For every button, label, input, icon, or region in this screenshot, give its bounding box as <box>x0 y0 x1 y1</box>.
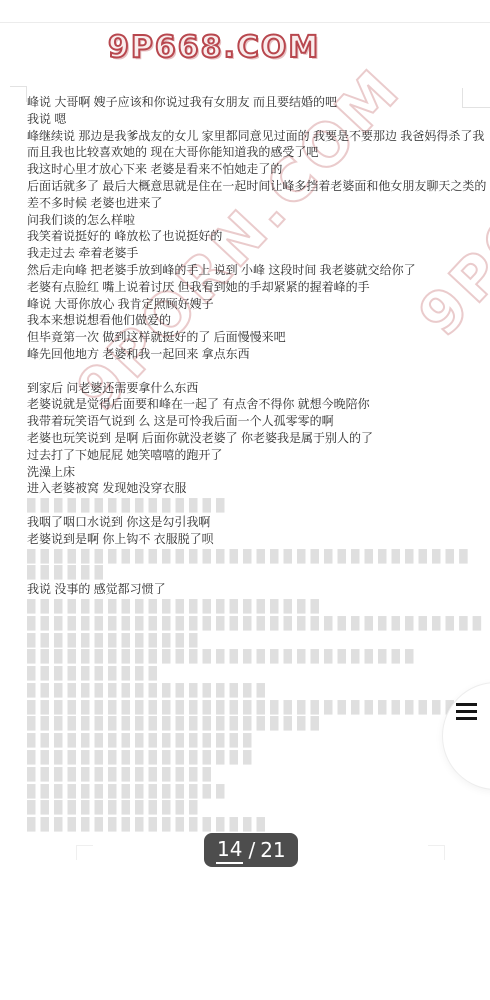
redacted-text-line: ██████████████████████████████████ <box>27 615 489 632</box>
redacted-text-line: ███████████████ <box>27 783 489 800</box>
text-line: 而且我也比较喜欢她的 现在大哥你能知道我的感受了吧 <box>27 144 489 161</box>
text-line: 我带着玩笑语气说到 么 这是可怜我后面一个人孤零零的啊 <box>27 413 489 430</box>
text-line: 过去打了下她屁屁 她笑嘻嘻的跑开了 <box>27 447 489 464</box>
redacted-text-line: ██████████████ <box>27 766 489 783</box>
redacted-text-line: ██████████ <box>27 665 489 682</box>
novel-text-body: 峰说 大哥啊 嫂子应该和你说过我有女朋友 而且要结婚的吧我说 嗯峰继续说 那边是… <box>27 94 489 833</box>
text-line: 进入老婆被窝 发现她没穿衣服 <box>27 480 489 497</box>
redacted-text-line: ██████████████████ <box>27 816 489 833</box>
current-page-number: 14 <box>216 837 243 864</box>
text-line: 到家后 问老婆还需要拿什么东西 <box>27 380 489 397</box>
redacted-text-line: ███████████████ <box>27 497 489 514</box>
site-logo[interactable]: 9P668.COM <box>108 30 320 65</box>
frame-corner-top-left <box>10 86 27 102</box>
text-line: 我笑着说挺好的 峰放松了也说挺好的 <box>27 228 489 245</box>
redacted-text-line: ██████ <box>27 564 489 581</box>
text-line: 峰说 大哥你放心 我肯定照顾好嫂子 <box>27 296 489 313</box>
text-line: 问我们谈的怎么样啦 <box>27 212 489 229</box>
hamburger-menu-icon <box>456 703 477 724</box>
blank-line <box>27 363 489 380</box>
text-line: 我咽了咽口水说到 你这是勾引我啊 <box>27 514 489 531</box>
frame-corner-bottom-right <box>428 845 445 860</box>
top-divider <box>0 22 490 23</box>
text-line: 峰先回他地方 老婆和我一起回来 拿点东西 <box>27 346 489 363</box>
text-line: 我走过去 牵着老婆手 <box>27 245 489 262</box>
text-line: 洗澡上床 <box>27 464 489 481</box>
text-line: 峰说 大哥啊 嫂子应该和你说过我有女朋友 而且要结婚的吧 <box>27 94 489 111</box>
page-indicator[interactable]: 14 / 21 <box>204 833 298 867</box>
redacted-text-line: ██████████████████████ <box>27 715 489 732</box>
redacted-text-line: ██████████████████████████████████ <box>27 699 489 716</box>
redacted-text-line: ██████████████████████ <box>27 598 489 615</box>
text-line: 差不多时候 老婆也进来了 <box>27 195 489 212</box>
frame-corner-bottom-left <box>76 845 93 860</box>
text-line: 后面话就多了 最后大概意思就是住在一起时间让峰多挡着老婆面和他女朋友聊天之类的 <box>27 178 489 195</box>
redacted-text-line: █████████████████ <box>27 732 489 749</box>
redacted-text-line: █████████████████████████████ <box>27 648 489 665</box>
total-page-number: 21 <box>260 838 285 862</box>
redacted-text-line: █████████████ <box>27 632 489 649</box>
page-separator: / <box>248 838 255 862</box>
text-line: 但毕竟第一次 做到这样就挺好的了 后面慢慢来吧 <box>27 329 489 346</box>
text-line: 我这时心里才放心下来 老婆是看来不怕她走了的 <box>27 161 489 178</box>
text-line: 老婆说到是啊 你上钩不 衣服脱了呗 <box>27 531 489 548</box>
text-line: 老婆有点脸红 嘴上说着讨厌 但我看到她的手却紧紧的握着峰的手 <box>27 279 489 296</box>
text-line: 我说 没事的 感觉都习惯了 <box>27 581 489 598</box>
redacted-text-line: █████████████████████████████████ <box>27 548 489 565</box>
text-line: 然后走向峰 把老婆手放到峰的手上 说到 小峰 这段时间 我老婆就交给你了 <box>27 262 489 279</box>
text-line: 老婆说就是觉得后面要和峰在一起了 有点舍不得你 就想今晚陪你 <box>27 396 489 413</box>
text-line: 我说 嗯 <box>27 111 489 128</box>
text-line: 老婆也玩笑说到 是啊 后面你就没老婆了 你老婆我是属于别人的了 <box>27 430 489 447</box>
redacted-text-line: ██████████████████ <box>27 682 489 699</box>
redacted-text-line: █████████████ <box>27 799 489 816</box>
text-line: 我本来想说想看他们做爱的 <box>27 312 489 329</box>
text-line: 峰继续说 那边是我爹战友的女儿 家里都同意见过面的 我要是不要那边 我爸妈得杀了… <box>27 128 489 145</box>
redacted-text-line: █████████████████ <box>27 749 489 766</box>
